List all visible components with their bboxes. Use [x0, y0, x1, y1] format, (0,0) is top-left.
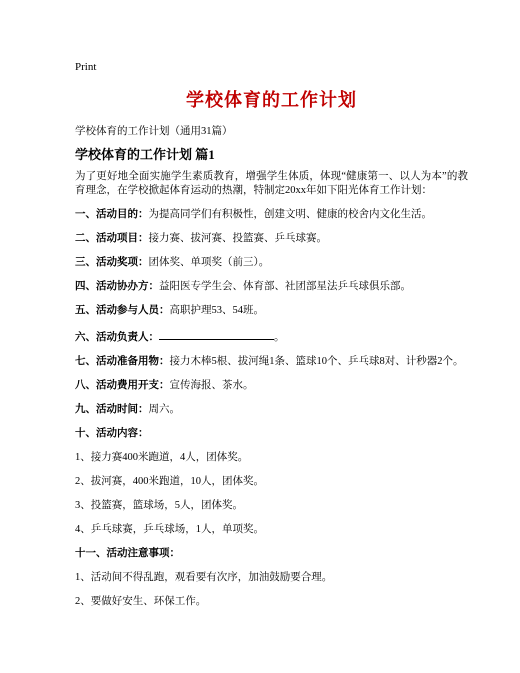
fill-in-blank — [159, 328, 274, 340]
doc-item-time: 九、活动时间：周六。 — [75, 403, 468, 417]
doc-item-person-in-charge: 六、活动负责人：。 — [75, 328, 468, 345]
doc-item-expenses: 八、活动费用开支：宣传海报、茶水。 — [75, 379, 468, 393]
item-suffix: 。 — [274, 332, 285, 343]
section-heading: 学校体育的工作计划 篇1 — [75, 147, 468, 163]
note-list-item: 1、活动间不得乱跑，观看要有次序，加油鼓励要合理。 — [75, 571, 468, 585]
item-label: 二、活动项目： — [75, 233, 149, 244]
item-text: 接力木棒5根、拔河绳1条、篮球10个、乒乓球8对、计秒器2个。 — [170, 356, 464, 367]
intro-paragraph: 为了更好地全面实施学生素质教育，增强学生体质，体现“健康第一、以人为本”的教育理… — [75, 170, 468, 198]
item-label: 四、活动协办方： — [75, 281, 159, 292]
item-text: 团体奖、单项奖（前三）。 — [149, 257, 270, 268]
doc-item-purpose: 一、活动目的：为提高同学们有积极性，创建文明、健康的校舍内文化生活。 — [75, 208, 468, 222]
item-label: 三、活动奖项： — [75, 257, 149, 268]
item-label: 九、活动时间： — [75, 404, 149, 415]
activity-list-item: 4、乒乓球赛，乒乓球场，1人，单项奖。 — [75, 523, 468, 537]
item-label: 七、活动准备用物： — [75, 356, 170, 367]
doc-item-supplies: 七、活动准备用物：接力木棒5根、拔河绳1条、篮球10个、乒乓球8对、计秒器2个。 — [75, 355, 468, 369]
note-list-item: 2、要做好安生、环保工作。 — [75, 595, 468, 609]
doc-item-organizers: 四、活动协办方：益阳医专学生会、体育部、社团部星法乒乓球俱乐部。 — [75, 280, 468, 294]
item-text: 为提高同学们有积极性，创建文明、健康的校舍内文化生活。 — [149, 209, 433, 220]
doc-subtitle: 学校体育的工作计划（通用31篇） — [75, 125, 468, 139]
notes-heading: 十一、活动注意事项： — [75, 547, 468, 561]
item-label: 一、活动目的： — [75, 209, 149, 220]
item-text: 周六。 — [149, 404, 181, 415]
item-label: 八、活动费用开支： — [75, 380, 170, 391]
document-page: Print 学校体育的工作计划 学校体育的工作计划（通用31篇） 学校体育的工作… — [0, 0, 520, 673]
activity-list-item: 3、投篮赛，篮球场，5人，团体奖。 — [75, 499, 468, 513]
item-label: 十、活动内容： — [75, 428, 149, 439]
activity-list-item: 2、拔河赛，400米跑道，10人，团体奖。 — [75, 475, 468, 489]
doc-item-awards: 三、活动奖项：团体奖、单项奖（前三）。 — [75, 256, 468, 270]
item-text: 益阳医专学生会、体育部、社团部星法乒乓球俱乐部。 — [159, 281, 411, 292]
activity-list-item: 1、接力赛400米跑道，4人，团体奖。 — [75, 451, 468, 465]
doc-item-events: 二、活动项目：接力赛、拔河赛、投篮赛、乒乓球赛。 — [75, 232, 468, 246]
item-label: 十一、活动注意事项： — [75, 548, 180, 559]
page-title: 学校体育的工作计划 — [75, 88, 468, 112]
print-link[interactable]: Print — [75, 60, 96, 74]
doc-item-participants: 五、活动参与人员：高职护理53、54班。 — [75, 304, 468, 318]
item-text: 接力赛、拔河赛、投篮赛、乒乓球赛。 — [149, 233, 328, 244]
item-label: 五、活动参与人员： — [75, 305, 170, 316]
item-text: 高职护理53、54班。 — [170, 305, 265, 316]
doc-item-content-heading: 十、活动内容： — [75, 427, 468, 441]
item-label: 六、活动负责人： — [75, 332, 159, 343]
item-text: 宣传海报、茶水。 — [170, 380, 254, 391]
